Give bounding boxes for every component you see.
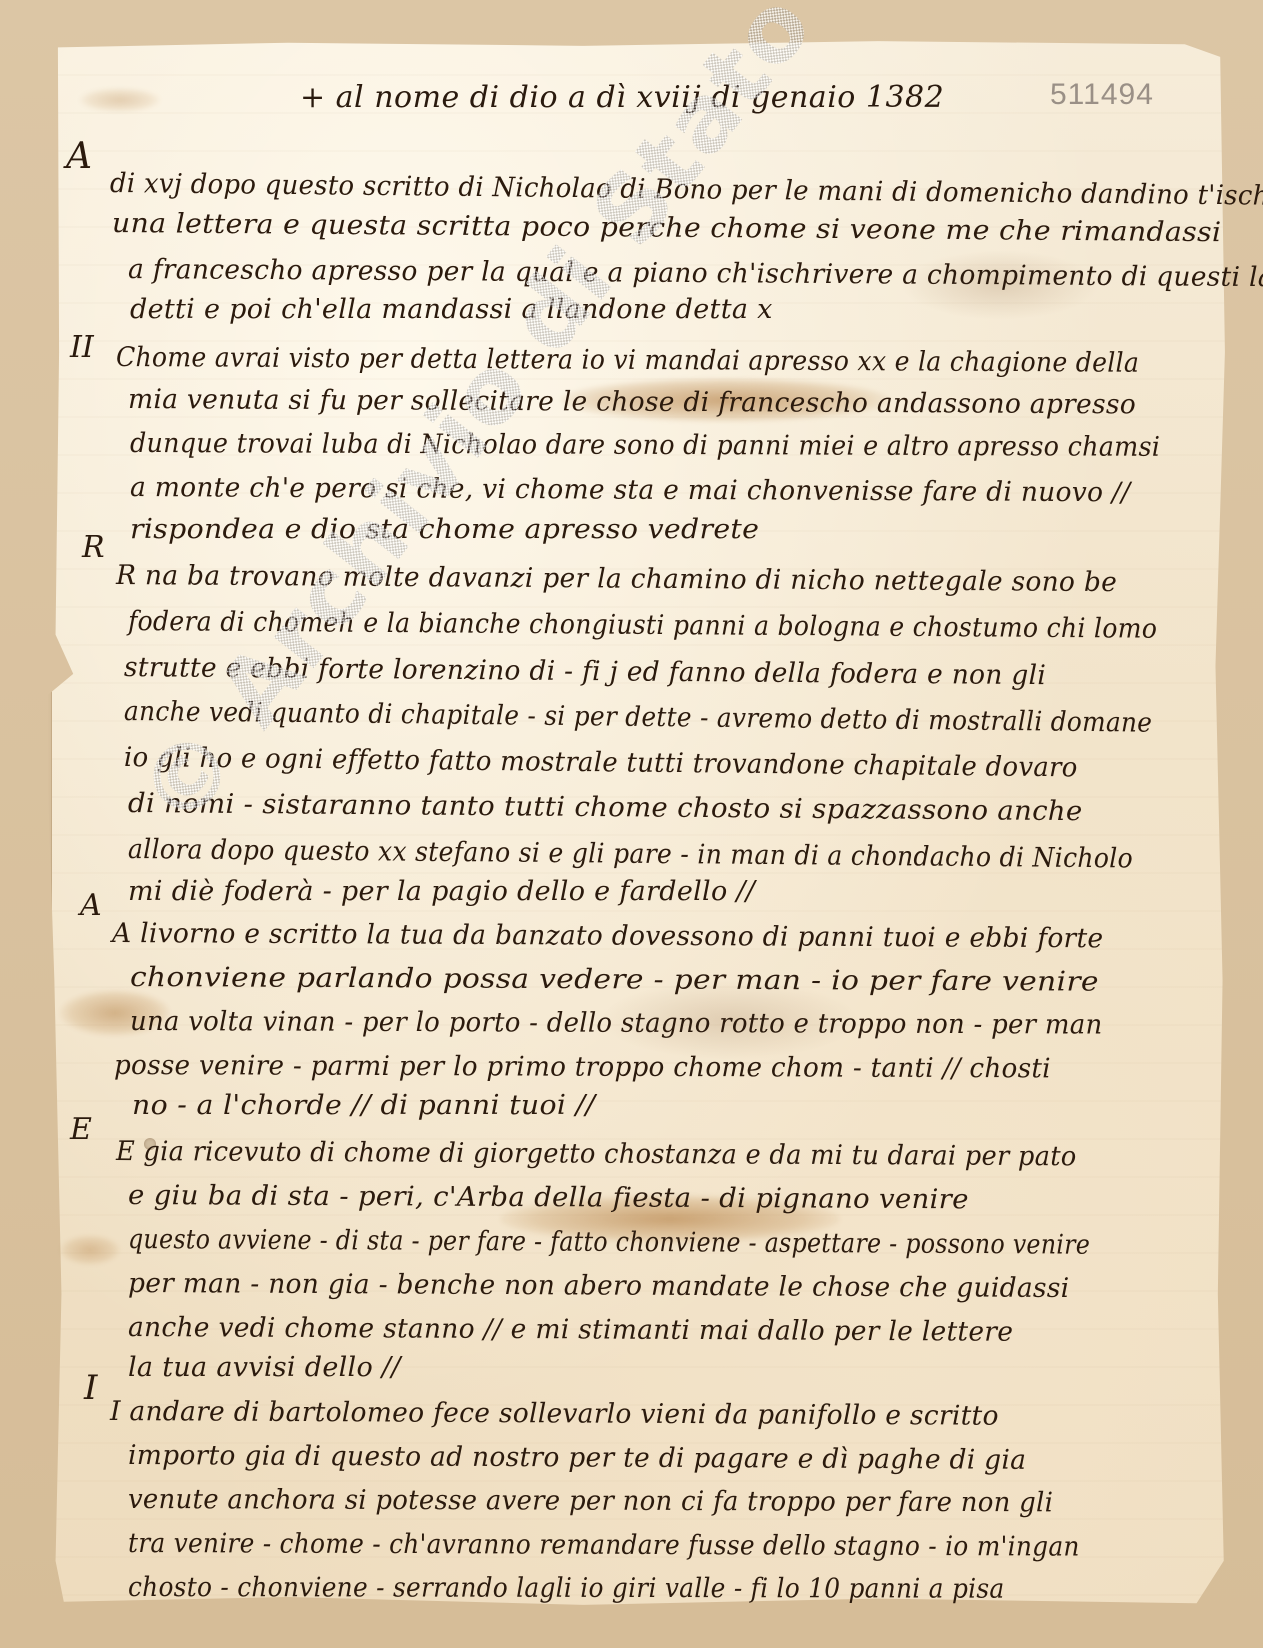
letter-heading: + al nome di dio a dì xviij di genaio 13…	[300, 80, 944, 115]
manuscript-line: E gia ricevuto di chome di giorgetto cho…	[116, 1136, 1077, 1172]
manuscript-line: A livorno e scritto la tua da banzato do…	[112, 918, 1104, 954]
manuscript-line: venute anchora si potesse avere per non …	[128, 1484, 1053, 1518]
paragraph-mark: I	[84, 1368, 97, 1408]
paragraph-mark: E	[70, 1112, 92, 1147]
paragraph-mark: R	[82, 530, 105, 565]
manuscript-line: posse venire - parmi per lo primo troppo…	[114, 1050, 1051, 1084]
manuscript-line: no - a l'chorde // di panni tuoi //	[132, 1090, 595, 1121]
archive-number: 511494	[1050, 78, 1154, 112]
paragraph-mark: A	[80, 888, 102, 923]
manuscript-line: dunque trovai luba di Nicholao dare sono…	[130, 428, 1160, 463]
manuscript-line: importo gia di questo ad nostro per te d…	[128, 1440, 1026, 1476]
manuscript-line: I andare di bartolomeo fece sollevarlo v…	[110, 1396, 999, 1432]
manuscript-line: chosto - chonviene - serrando lagli io g…	[128, 1572, 1005, 1605]
paragraph-mark: A	[66, 136, 92, 177]
manuscript-line: tra venire - chome - ch'avranno remandar…	[128, 1528, 1080, 1563]
manuscript-line: mia venuta si fu per sollecitare le chos…	[128, 384, 1136, 420]
water-stain	[80, 88, 160, 112]
manuscript-line: la tua avvisi dello //	[128, 1352, 401, 1383]
manuscript-line: detti e poi ch'ella mandassi a llandone …	[130, 294, 773, 325]
manuscript-line: chonviene parlando possa vedere - per ma…	[130, 962, 1099, 998]
water-stain	[60, 1235, 120, 1265]
manuscript-line: una volta vinan - per lo porto - dello s…	[130, 1006, 1103, 1041]
manuscript-line: a monte ch'e pero si che, vi chome sta e…	[130, 472, 1131, 508]
manuscript-line: anche vedi chome stanno // e mi stimanti…	[128, 1312, 1013, 1348]
manuscript-line: e giu ba di sta - peri, c'Arba della fie…	[128, 1180, 969, 1215]
manuscript-line: rispondea e dio sta chome apresso vedret…	[130, 514, 759, 545]
manuscript-line: per man - non gia - benche non abero man…	[128, 1268, 1070, 1304]
manuscript-line: questo avviene - di sta - per fare - fat…	[128, 1224, 1090, 1261]
manuscript-line: Chome avrai visto per detta lettera io v…	[116, 342, 1139, 379]
paragraph-mark: II	[70, 330, 94, 365]
manuscript-line: mi diè foderà - per la pagio dello e far…	[128, 876, 755, 907]
